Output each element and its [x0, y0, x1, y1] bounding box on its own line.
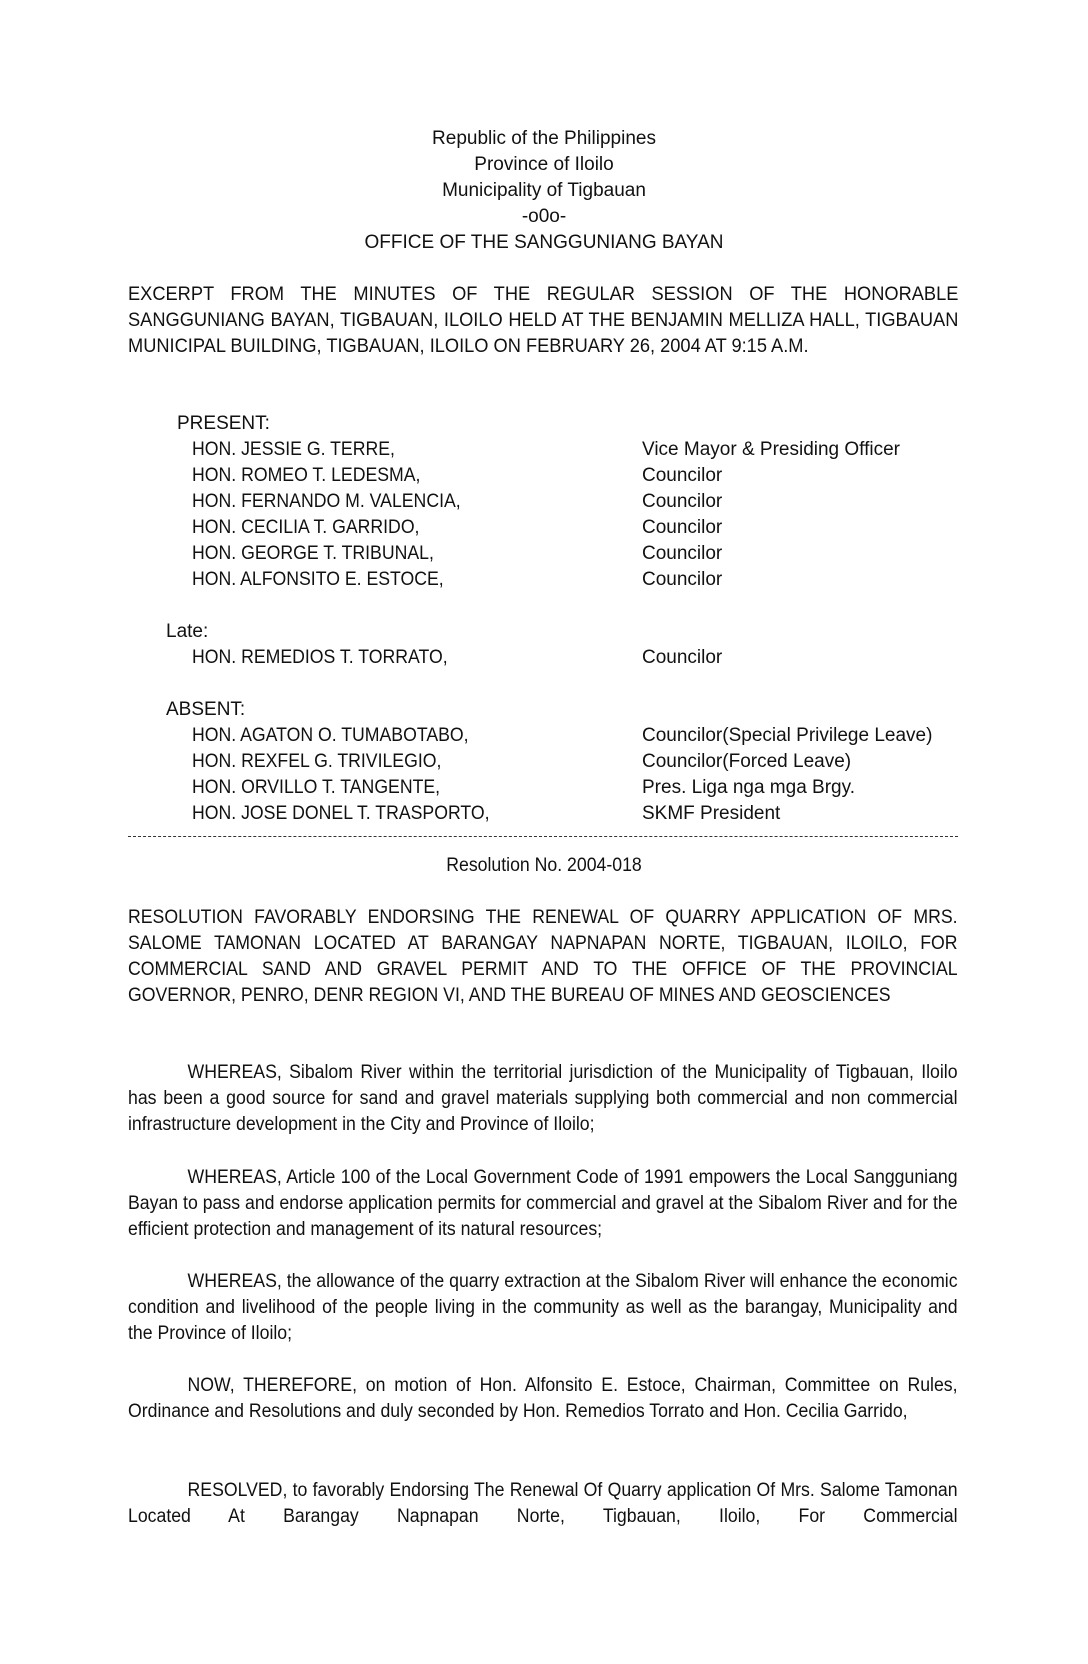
- whereas-paragraph-2: WHEREAS, Article 100 of the Local Govern…: [128, 1165, 958, 1243]
- attendee-role: Councilor: [642, 515, 722, 541]
- paragraph-text: WHEREAS, Article 100 of the Local Govern…: [128, 1167, 958, 1240]
- present-label: PRESENT:: [177, 411, 270, 437]
- now-therefore-paragraph: NOW, THEREFORE, on motion of Hon. Alfons…: [128, 1373, 958, 1425]
- header-republic: Republic of the Philippines: [0, 126, 1088, 152]
- attendee-role: Pres. Liga nga mga Brgy.: [642, 775, 855, 801]
- header-separator: -o0o-: [0, 204, 1088, 230]
- attendee-name: HON. AGATON O. TUMABOTABO,: [192, 723, 469, 749]
- paragraph-text: NOW, THEREFORE, on motion of Hon. Alfons…: [128, 1375, 958, 1422]
- header-municipality: Municipality of Tigbauan: [0, 178, 1088, 204]
- resolved-paragraph: RESOLVED, to favorably Endorsing The Ren…: [128, 1478, 958, 1530]
- attendee-role: SKMF President: [642, 801, 780, 827]
- paragraph-text: RESOLVED, to favorably Endorsing The Ren…: [128, 1480, 958, 1527]
- attendee-name: HON. ALFONSITO E. ESTOCE,: [192, 567, 444, 593]
- attendee-name: HON. FERNANDO M. VALENCIA,: [192, 489, 461, 515]
- letterhead: Republic of the Philippines Province of …: [0, 126, 1088, 256]
- attendee-name: HON. GEORGE T. TRIBUNAL,: [192, 541, 434, 567]
- attendee-name: HON. JESSIE G. TERRE,: [192, 437, 395, 463]
- attendee-name: HON. JOSE DONEL T. TRASPORTO,: [192, 801, 490, 827]
- attendee-role: Councilor: [642, 541, 722, 567]
- paragraph-text: WHEREAS, Sibalom River within the territ…: [128, 1062, 958, 1135]
- late-label: Late:: [166, 619, 208, 645]
- attendee-role: Councilor: [642, 463, 722, 489]
- attendee-name: HON. ORVILLO T. TANGENTE,: [192, 775, 440, 801]
- document-page: Republic of the Philippines Province of …: [0, 0, 1088, 1664]
- header-province: Province of Iloilo: [0, 152, 1088, 178]
- resolution-title: RESOLUTION FAVORABLY ENDORSING THE RENEW…: [128, 905, 958, 1009]
- dashed-divider: [128, 836, 958, 837]
- attendee-role: Councilor: [642, 645, 722, 671]
- resolution-number: Resolution No. 2004-018: [38, 853, 1050, 879]
- whereas-paragraph-1: WHEREAS, Sibalom River within the territ…: [128, 1060, 958, 1138]
- attendee-name: HON. CECILIA T. GARRIDO,: [192, 515, 419, 541]
- header-office: OFFICE OF THE SANGGUNIANG BAYAN: [0, 230, 1088, 256]
- attendee-name: HON. ROMEO T. LEDESMA,: [192, 463, 420, 489]
- attendee-role: Councilor: [642, 489, 722, 515]
- attendee-role: Councilor(Forced Leave): [642, 749, 851, 775]
- paragraph-text: WHEREAS, the allowance of the quarry ext…: [128, 1271, 958, 1344]
- whereas-paragraph-3: WHEREAS, the allowance of the quarry ext…: [128, 1269, 958, 1347]
- attendee-role: Vice Mayor & Presiding Officer: [642, 437, 900, 463]
- absent-label: ABSENT:: [166, 697, 245, 723]
- attendee-name: HON. REXFEL G. TRIVILEGIO,: [192, 749, 441, 775]
- attendee-role: Councilor: [642, 567, 722, 593]
- attendee-name: HON. REMEDIOS T. TORRATO,: [192, 645, 448, 671]
- attendee-role: Councilor(Special Privilege Leave): [642, 723, 932, 749]
- minutes-excerpt: EXCERPT FROM THE MINUTES OF THE REGULAR …: [128, 282, 958, 360]
